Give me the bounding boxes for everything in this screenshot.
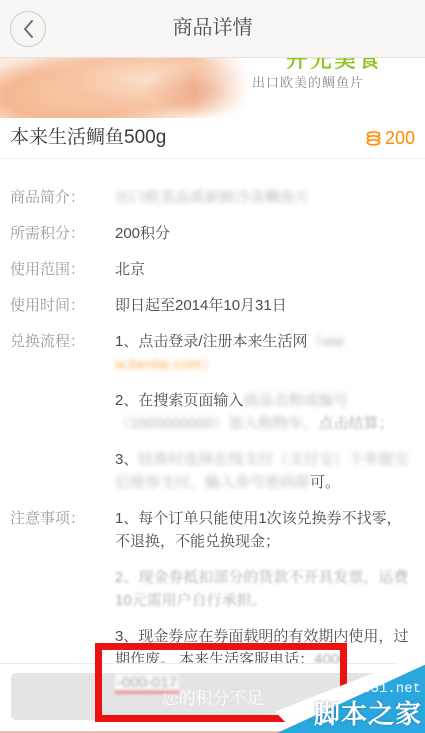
censored-text: 券支付，输入券号密码即	[145, 474, 310, 491]
detail-value: 即日起至2014年10月31日	[115, 294, 415, 317]
product-details: 商品简介： 出口欧美品质新鲜冷冻鲷鱼片 所需积分： 200积分 使用范围： 北京…	[10, 186, 415, 707]
coin-stack-icon	[365, 131, 382, 146]
censored-text: （ww	[308, 333, 345, 350]
detail-label: 使用范围：	[10, 258, 115, 281]
product-title-row: 本来生活鲷鱼500g 200	[0, 118, 425, 158]
promo-headline-clipped: 开光美食	[252, 58, 417, 69]
points-price: 200	[365, 118, 415, 158]
app-screen: 商品详情 开光美食 出口欧美的鲷鱼片 本来生活鲷鱼500g 200	[0, 0, 425, 733]
page-title: 商品详情	[0, 0, 425, 57]
detail-label: 所需积分：	[10, 222, 115, 245]
product-hero: 开光美食 出口欧美的鲷鱼片	[0, 58, 425, 118]
insufficient-points-button[interactable]: 您的积分不足	[11, 673, 414, 720]
bottom-bar: 您的积分不足	[0, 663, 425, 733]
points-value: 200	[385, 128, 415, 149]
detail-row-region: 使用范围： 北京	[10, 258, 415, 281]
process-step-3: 3、结算时选择在线支付（支付宝）下单提交后使券支付，输入券号密码即可。	[115, 448, 415, 494]
censored-phone-underlined: -000-017	[115, 674, 179, 693]
detail-row-intro: 商品简介： 出口欧美品质新鲜冷冻鲷鱼片	[10, 186, 415, 209]
process-step-1: 1、点击登录/注册本来生活网（ww w.benlai.com）	[115, 330, 415, 376]
censored-text: 出口欧美品质新鲜冷冻鲷鱼片	[115, 189, 310, 206]
promo-subtitle: 出口欧美的鲷鱼片	[252, 72, 417, 91]
promo-block: 开光美食 出口欧美的鲷鱼片	[252, 58, 417, 91]
section-divider	[0, 158, 425, 159]
note-2-faint: 2、现金券抵扣部分的货款不开具发票，运费10元需用户自行承担。	[115, 566, 415, 612]
detail-label: 兑换流程：	[10, 330, 115, 494]
navbar: 商品详情	[0, 0, 425, 58]
detail-label: 使用时间：	[10, 294, 115, 317]
product-image	[0, 58, 250, 118]
note-1: 1、每个订单只能使用1次该兑换券不找零，不退换，不能兑换现金；	[115, 507, 415, 553]
product-name: 本来生活鲷鱼500g	[10, 118, 166, 158]
faint-text: 点击结算；	[318, 415, 393, 432]
detail-row-points: 所需积分： 200积分	[10, 222, 415, 245]
detail-row-process: 兑换流程： 1、点击登录/注册本来生活网（ww w.benlai.com） 2、…	[10, 330, 415, 494]
process-step-2: 2、在搜索页面输入商品名称或编号（1000000000）加入购物车，点击结算；	[115, 389, 415, 435]
censored-link-text: w.benlai.com）	[115, 356, 217, 373]
detail-label: 商品简介：	[10, 186, 115, 209]
detail-row-time: 使用时间： 即日起至2014年10月31日	[10, 294, 415, 317]
censored-text: 0000000）加入购物车，	[155, 415, 318, 432]
detail-value: 北京	[115, 258, 415, 281]
detail-value: 200积分	[115, 222, 415, 245]
